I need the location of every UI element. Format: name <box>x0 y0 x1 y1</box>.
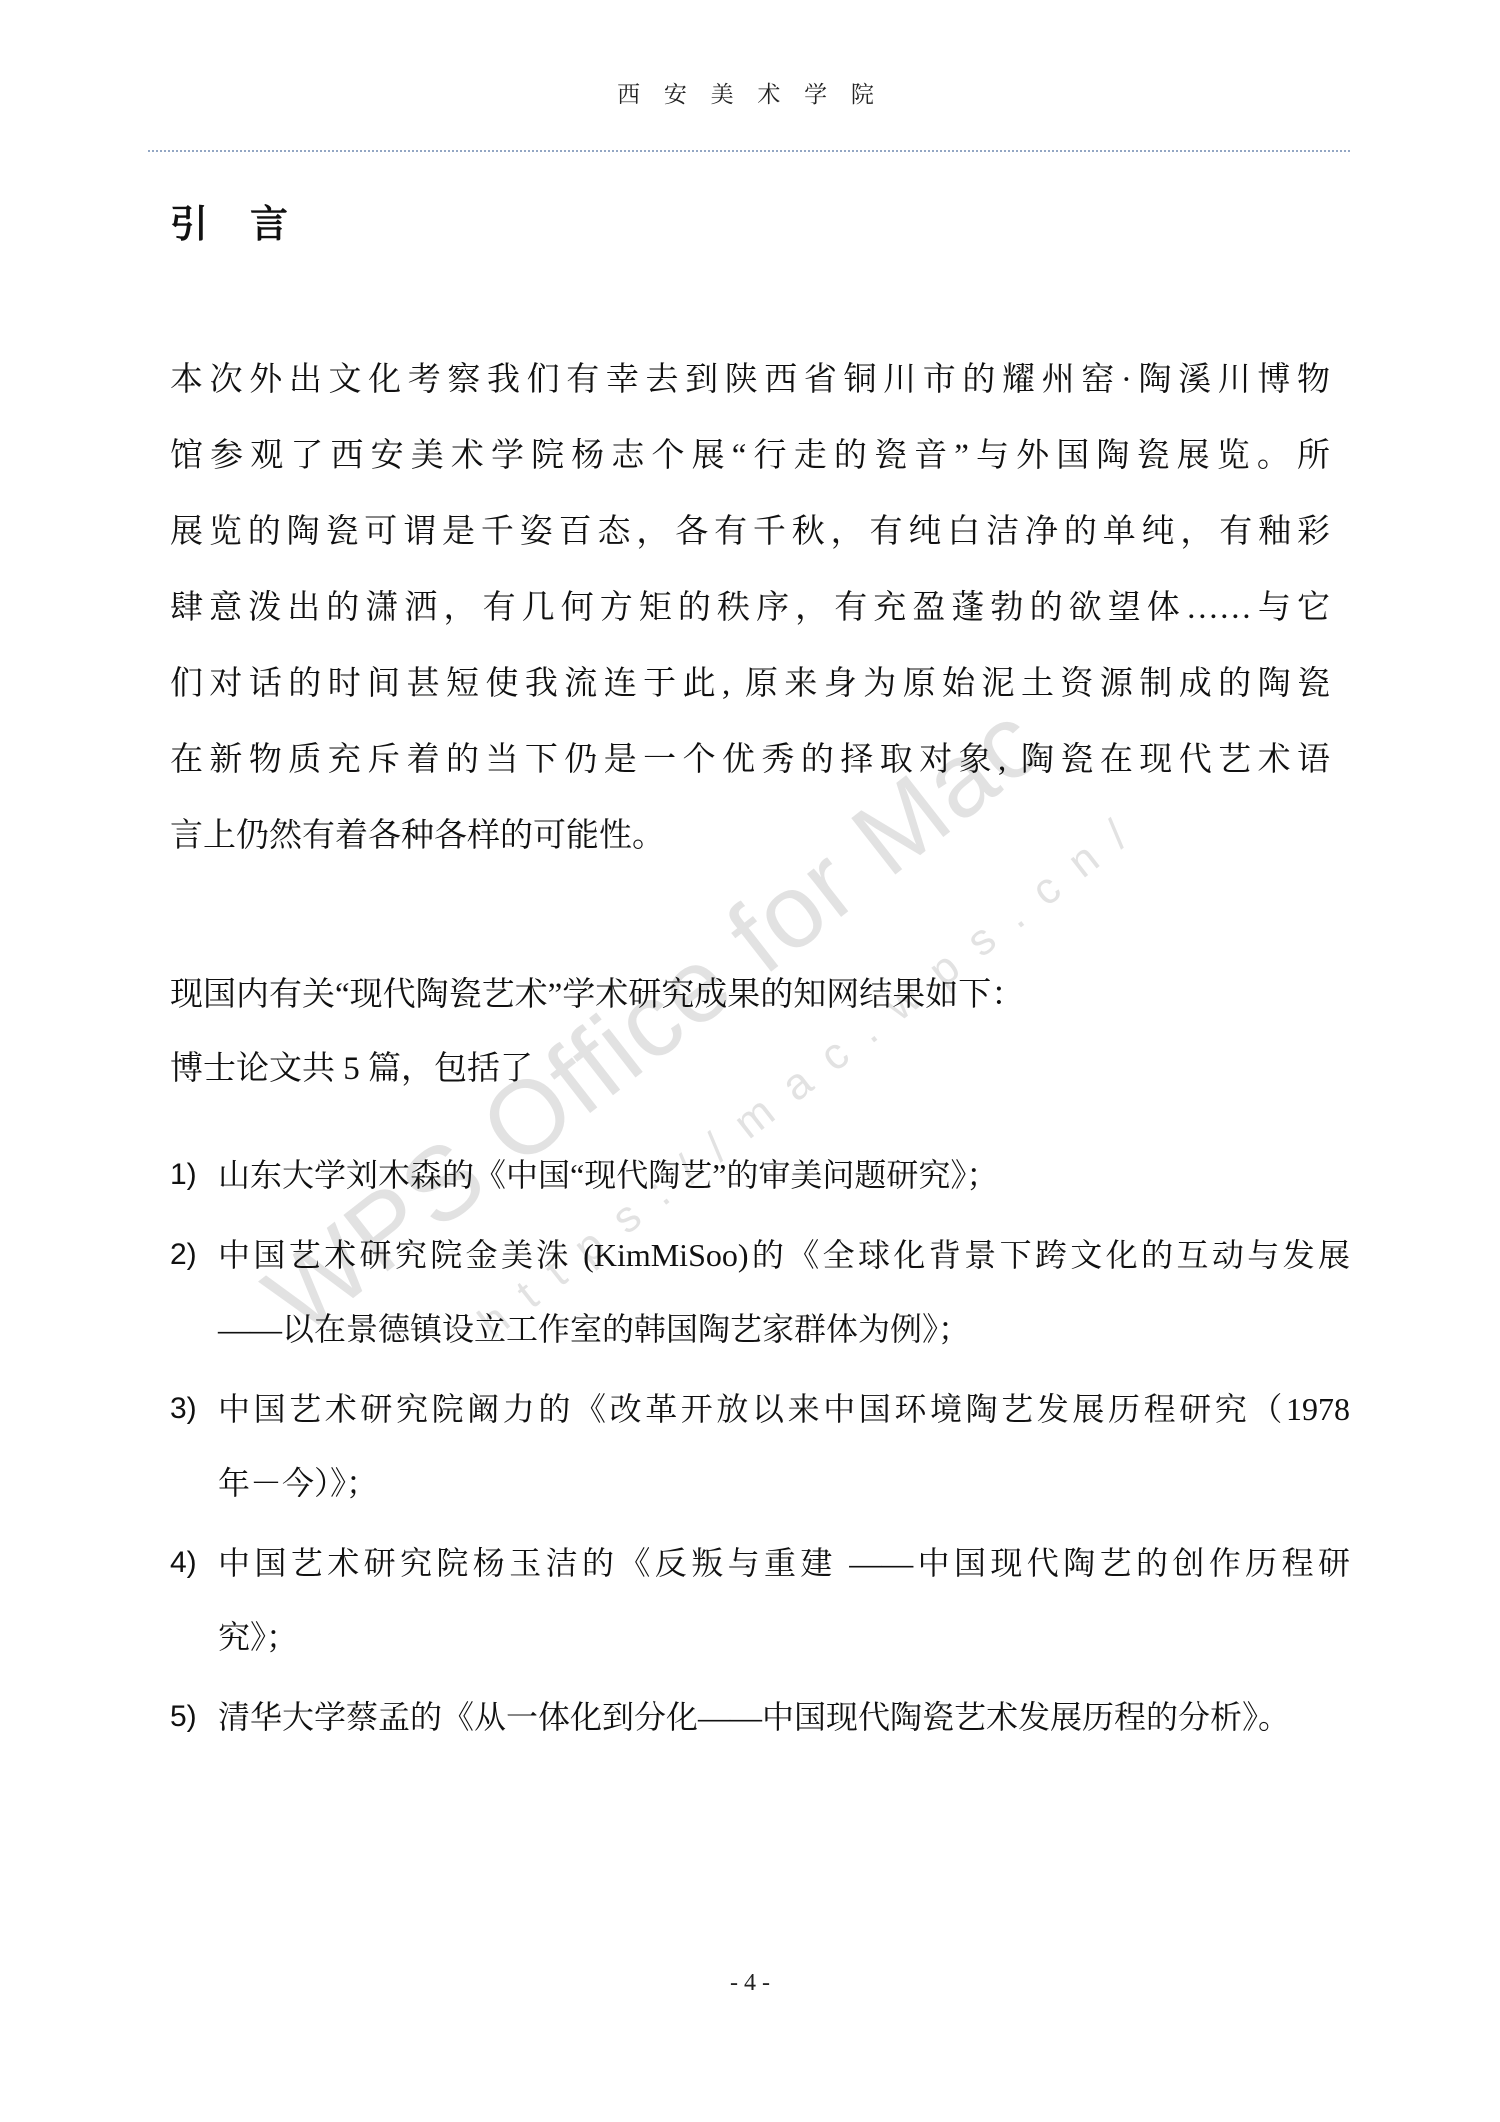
list-item: 3) 中国艺术研究院阚力的《改革开放以来中国环境陶艺发展历程研究（1978 年－… <box>170 1372 1350 1520</box>
list-item-number: 1) <box>170 1138 218 1212</box>
list-item: 5) 清华大学蔡孟的《从一体化到分化——中国现代陶瓷艺术发展历程的分析》。 <box>170 1680 1350 1754</box>
list-item-text: 山东大学刘木森的《中国“现代陶艺”的审美问题研究》； <box>218 1138 1350 1212</box>
paragraph-line: 本次外出文化考察我们有幸去到陕西省铜川市的耀州窑·陶溪川博物 <box>170 342 1330 418</box>
paragraph-line: 肆意泼出的潇洒，有几何方矩的秩序，有充盈蓬勃的欲望体……与它 <box>170 570 1330 646</box>
list-item-number: 5) <box>170 1680 218 1754</box>
page-number: - 4 - <box>0 1970 1500 1997</box>
paragraph-line: 现国内有关“现代陶瓷艺术”学术研究成果的知网结果如下： <box>170 958 1330 1032</box>
header-divider <box>148 150 1350 152</box>
paragraph-line: 馆参观了西安美术学院杨志个展“行走的瓷音”与外国陶瓷展览。所 <box>170 418 1330 494</box>
list-item-line: 年－今）》； <box>218 1446 1350 1520</box>
cnki-results-paragraph: 现国内有关“现代陶瓷艺术”学术研究成果的知网结果如下： 博士论文共 5 篇，包括… <box>170 958 1330 1106</box>
intro-paragraph: 本次外出文化考察我们有幸去到陕西省铜川市的耀州窑·陶溪川博物 馆参观了西安美术学… <box>170 342 1330 874</box>
paragraph-line: 展览的陶瓷可谓是千姿百态，各有千秋，有纯白洁净的单纯，有釉彩 <box>170 494 1330 570</box>
list-item-line: 中国艺术研究院杨玉洁的《反叛与重建 ——中国现代陶艺的创作历程研 <box>218 1526 1350 1600</box>
list-item-line: 中国艺术研究院阚力的《改革开放以来中国环境陶艺发展历程研究（1978 <box>218 1372 1350 1446</box>
list-item-text: 清华大学蔡孟的《从一体化到分化——中国现代陶瓷艺术发展历程的分析》。 <box>218 1680 1350 1754</box>
list-item: 4) 中国艺术研究院杨玉洁的《反叛与重建 ——中国现代陶艺的创作历程研 究》； <box>170 1526 1350 1674</box>
paragraph-line: 言上仍然有着各种各样的可能性。 <box>170 798 1330 874</box>
list-item-line: 中国艺术研究院金美洙 (KimMiSoo)的《全球化背景下跨文化的互动与发展 <box>218 1218 1350 1292</box>
list-item-line: 山东大学刘木森的《中国“现代陶艺”的审美问题研究》； <box>218 1138 1350 1212</box>
list-item-number: 3) <box>170 1372 218 1520</box>
list-item-number: 4) <box>170 1526 218 1674</box>
thesis-list: 1) 山东大学刘木森的《中国“现代陶艺”的审美问题研究》； 2) 中国艺术研究院… <box>170 1138 1350 1760</box>
list-item: 1) 山东大学刘木森的《中国“现代陶艺”的审美问题研究》； <box>170 1138 1350 1212</box>
list-item-line: 究》； <box>218 1600 1350 1674</box>
page-title: 引 言 <box>170 193 290 248</box>
paragraph-line: 在新物质充斥着的当下仍是一个优秀的择取对象, 陶瓷在现代艺术语 <box>170 722 1330 798</box>
list-item-text: 中国艺术研究院金美洙 (KimMiSoo)的《全球化背景下跨文化的互动与发展 —… <box>218 1218 1350 1366</box>
paragraph-line: 博士论文共 5 篇，包括了 <box>170 1032 1330 1106</box>
list-item: 2) 中国艺术研究院金美洙 (KimMiSoo)的《全球化背景下跨文化的互动与发… <box>170 1218 1350 1366</box>
list-item-number: 2) <box>170 1218 218 1366</box>
paragraph-line: 们对话的时间甚短使我流连于此, 原来身为原始泥土资源制成的陶瓷 <box>170 646 1330 722</box>
header-school-name: 西 安 美 术 学 院 <box>0 76 1500 109</box>
list-item-line: 清华大学蔡孟的《从一体化到分化——中国现代陶瓷艺术发展历程的分析》。 <box>218 1680 1350 1754</box>
list-item-text: 中国艺术研究院阚力的《改革开放以来中国环境陶艺发展历程研究（1978 年－今）》… <box>218 1372 1350 1520</box>
list-item-line: ——以在景德镇设立工作室的韩国陶艺家群体为例》； <box>218 1292 1350 1366</box>
list-item-text: 中国艺术研究院杨玉洁的《反叛与重建 ——中国现代陶艺的创作历程研 究》； <box>218 1526 1350 1674</box>
